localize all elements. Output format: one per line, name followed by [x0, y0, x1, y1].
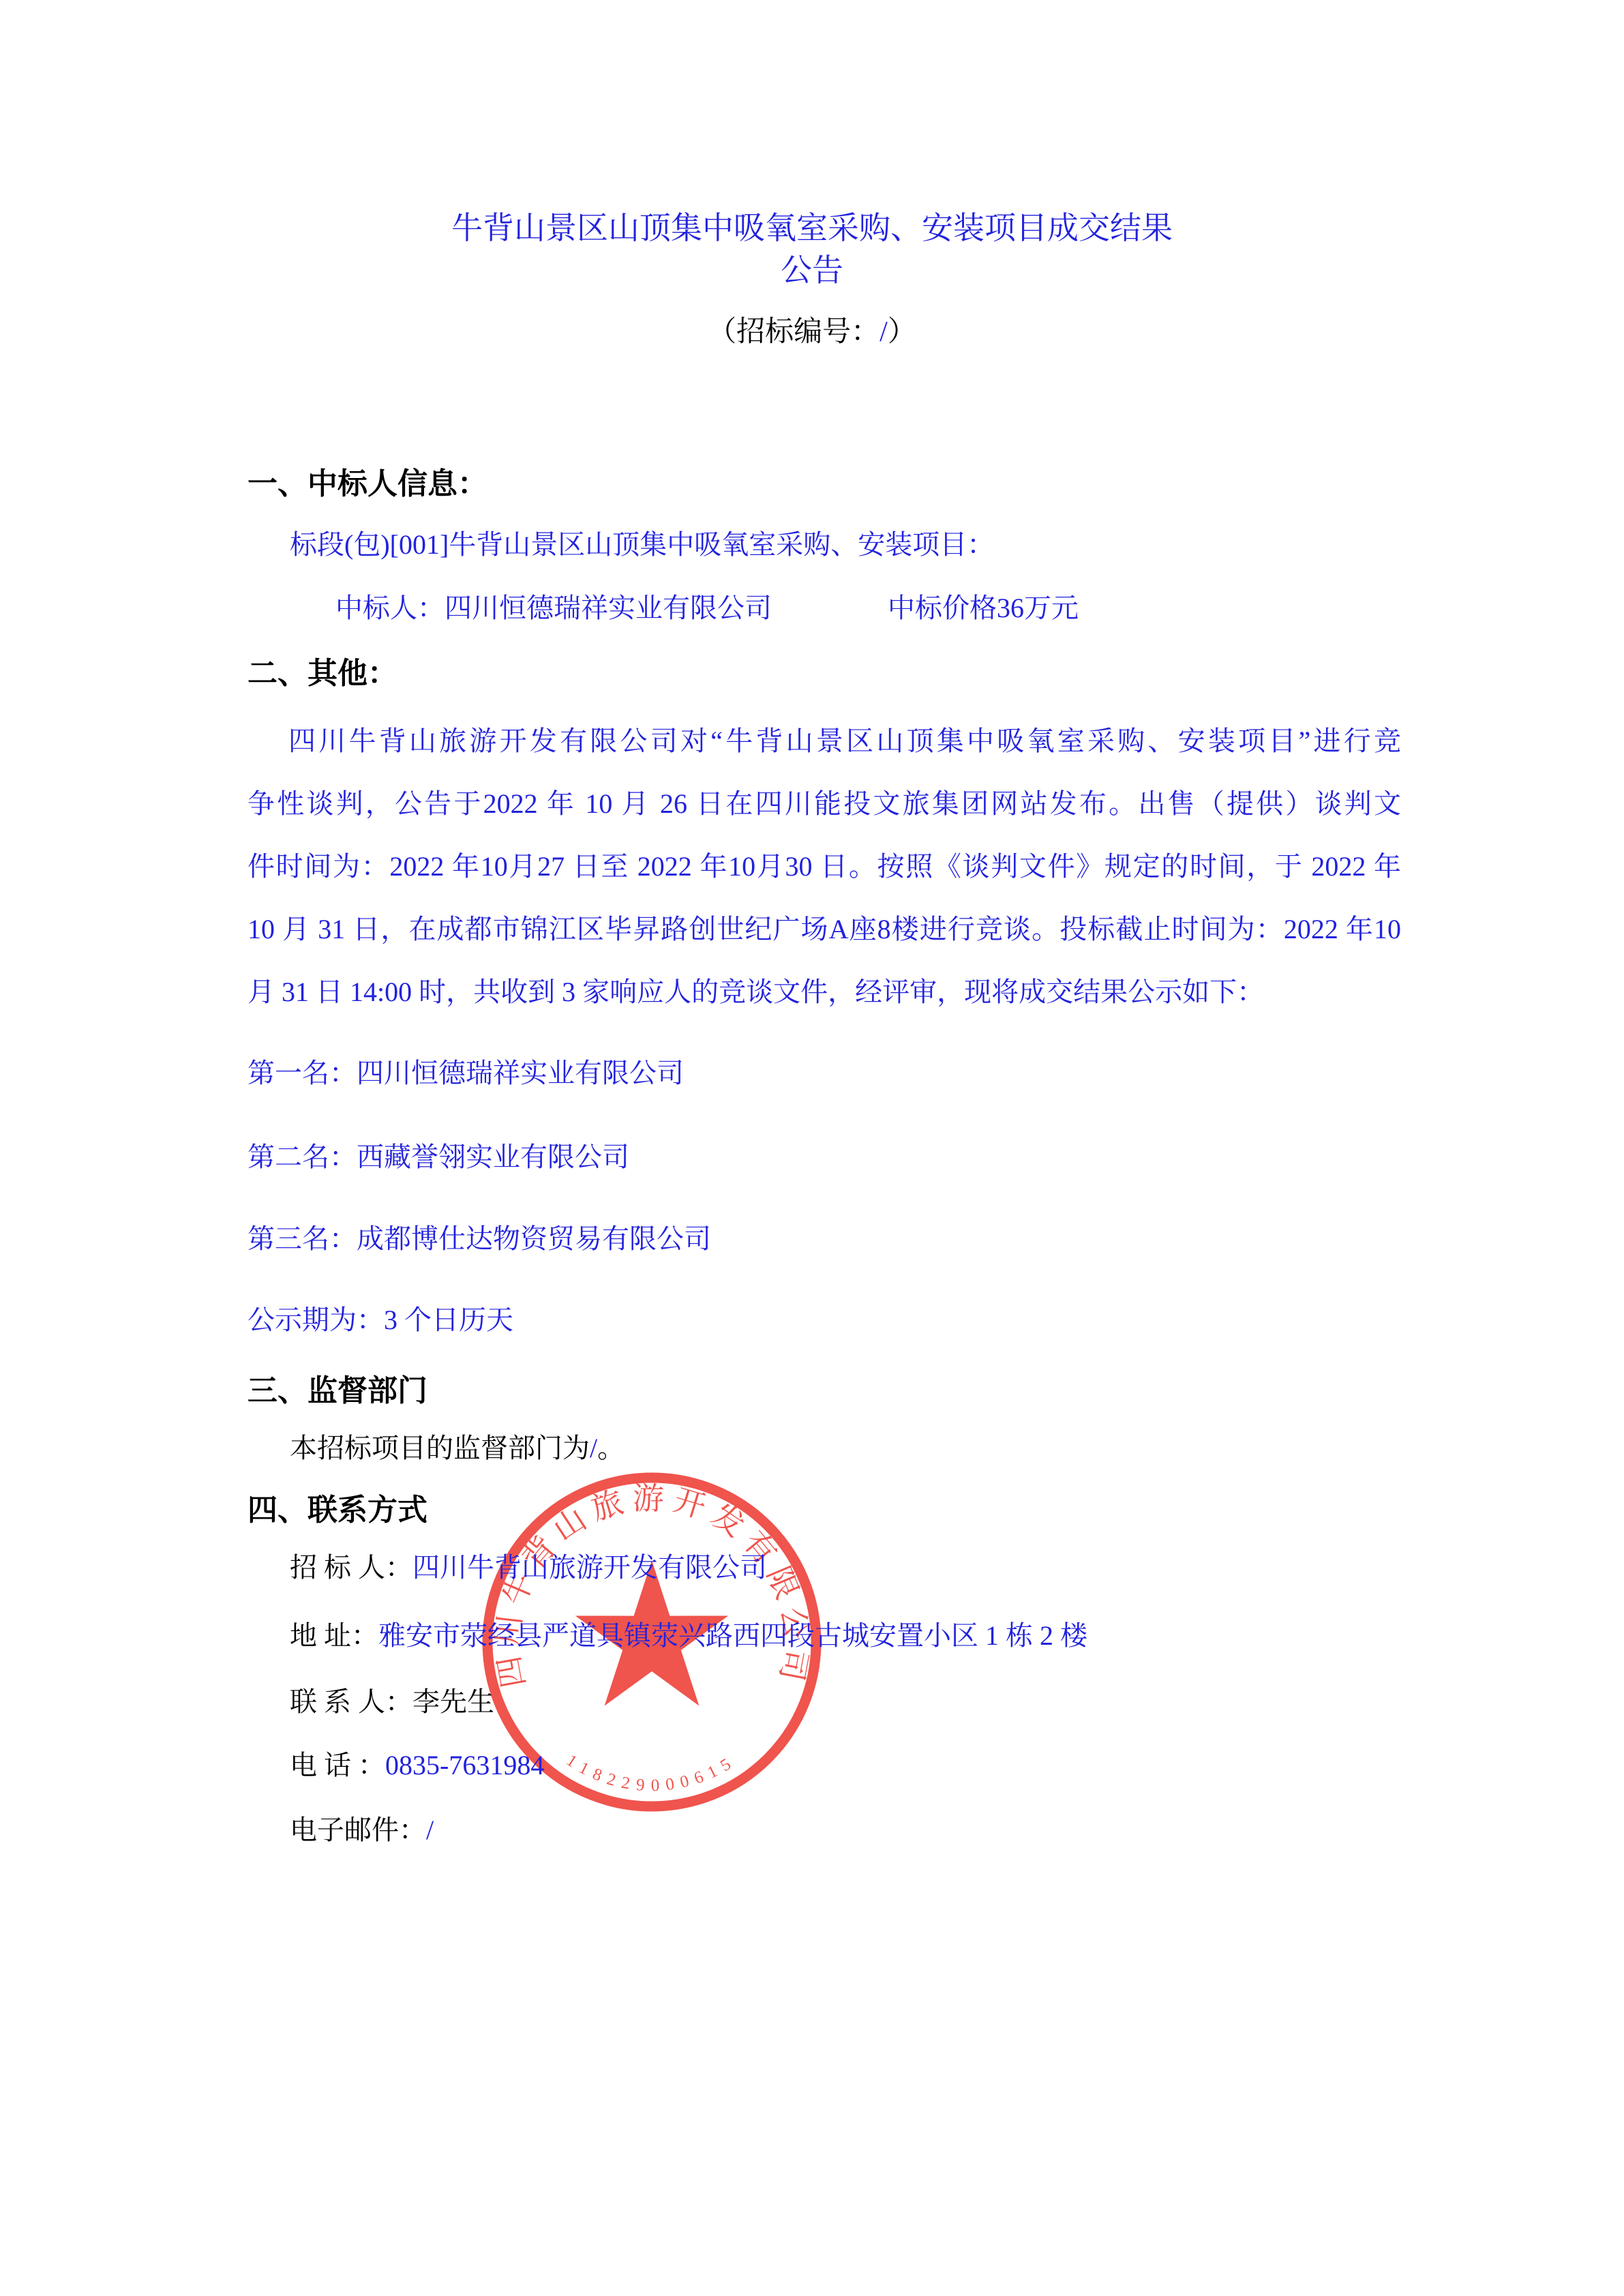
winner-price: 中标价格36万元: [888, 593, 1079, 623]
supervision-value: /: [590, 1433, 597, 1463]
title-line-2: 公告: [0, 250, 1624, 292]
rank-2-line: 第二名：西藏誉翎实业有限公司: [247, 1144, 629, 1171]
lot-description-line: 标段(包)[001]牛背山景区山顶集中吸氧室采购、安装项目：: [290, 531, 994, 558]
tender-number-line: （招标编号：/）: [0, 318, 1624, 346]
publicity-period-line: 公示期为：3 个日历天: [247, 1307, 513, 1334]
rank-1-line: 第一名：四川恒德瑞祥实业有限公司: [247, 1060, 684, 1087]
contact-value: /: [426, 1815, 434, 1845]
contact-row-phone: 电 话 ：0835-7631984: [290, 1752, 544, 1779]
process-paragraph: 四川牛背山旅游开发有限公司对“牛背山景区山顶集中吸氧室采购、安装项目”进行竞 争…: [247, 710, 1401, 1024]
contact-row-contact-person: 联 系 人：李先生: [290, 1688, 494, 1716]
paragraph-line: 10 月 31 日，在成都市锦江区毕昇路创世纪广场A座8楼进行竞谈。投标截止时间…: [247, 898, 1401, 961]
title-line-1: 牛背山景区山顶集中吸氧室采购、安装项目成交结果: [0, 207, 1624, 250]
contact-label: 电子邮件：: [290, 1815, 426, 1845]
supervision-prefix: 本招标项目的监督部门为: [290, 1433, 590, 1463]
winner-name: 中标人：四川恒德瑞祥实业有限公司: [335, 593, 772, 623]
supervision-suffix: 。: [597, 1433, 625, 1463]
announcement-page: 四川牛背山旅游开发有限公司 118229000615 牛背山景区山顶集中吸氧室采…: [0, 0, 1624, 2296]
contact-label: 招 标 人：: [290, 1552, 412, 1583]
seal-serial-text: 118229000615: [563, 1751, 740, 1795]
contact-row-address: 地 址：雅安市荥经县严道具镇荥兴路西四段古城安置小区 1 栋 2 楼: [290, 1622, 1087, 1650]
contact-row-email: 电子邮件：/: [290, 1817, 434, 1844]
section-heading-other: 二、其他：: [247, 659, 397, 689]
paragraph-line: 争性谈判，公告于2022 年 10 月 26 日在四川能投文旅集团网站发布。出售…: [247, 773, 1401, 835]
document-title: 牛背山景区山顶集中吸氧室采购、安装项目成交结果 公告: [0, 207, 1624, 292]
tender-number-value: /: [879, 316, 888, 348]
section-heading-winner-info: 一、中标人信息：: [247, 469, 487, 499]
contact-value: 李先生: [412, 1686, 494, 1717]
tender-number-prefix: （招标编号：: [708, 316, 879, 348]
rank-3-line: 第三名：成都博仕达物资贸易有限公司: [247, 1225, 711, 1253]
contact-row-bidder: 招 标 人：四川牛背山旅游开发有限公司: [290, 1554, 767, 1581]
contact-label: 电 话 ：: [290, 1750, 385, 1780]
contact-value: 0835-7631984: [385, 1750, 544, 1780]
contact-value: 雅安市荥经县严道具镇荥兴路西四段古城安置小区 1 栋 2 楼: [378, 1620, 1087, 1651]
paragraph-line: 件时间为：2022 年10月27 日至 2022 年10月30 日。按照《谈判文…: [247, 835, 1401, 898]
contact-label: 联 系 人：: [290, 1686, 412, 1717]
section-heading-supervision: 三、监督部门: [247, 1376, 427, 1406]
winner-line: 中标人：四川恒德瑞祥实业有限公司中标价格36万元: [335, 595, 1079, 622]
paragraph-line: 月 31 日 14:00 时，共收到 3 家响应人的竞谈文件，经评审，现将成交结…: [247, 961, 1401, 1024]
section-heading-contact: 四、联系方式: [247, 1495, 427, 1525]
paragraph-line: 四川牛背山旅游开发有限公司对“牛背山景区山顶集中吸氧室采购、安装项目”进行竞: [247, 710, 1401, 773]
contact-label: 地 址：: [290, 1620, 378, 1651]
contact-value: 四川牛背山旅游开发有限公司: [412, 1552, 767, 1583]
supervision-body-line: 本招标项目的监督部门为/。: [290, 1435, 625, 1462]
tender-number-suffix: ）: [888, 316, 916, 348]
